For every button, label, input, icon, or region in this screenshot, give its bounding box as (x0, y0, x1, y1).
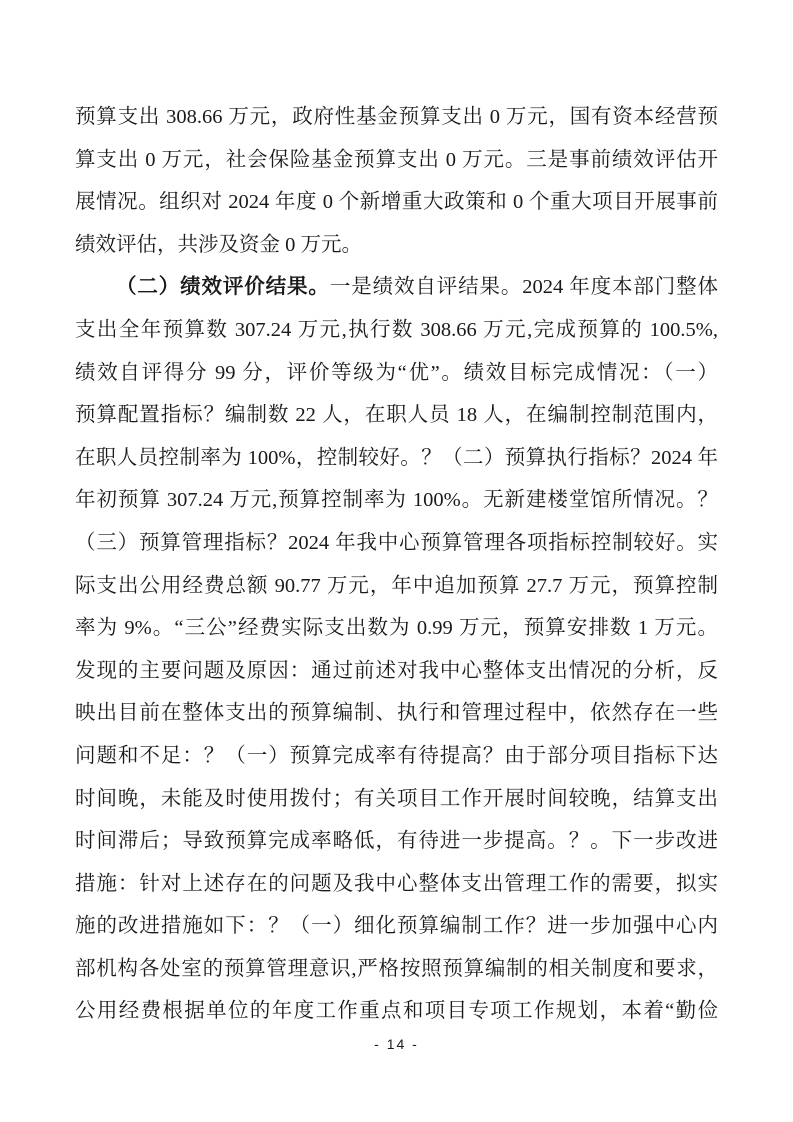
document-body: 预算支出 308.66 万元，政府性基金预算支出 0 万元，国有资本经营预 算支… (75, 96, 718, 1033)
text-line: 时间滞后；导致预算完成率略低，有待进一步提高。？。下一步改进 (75, 820, 718, 863)
text-line: 算支出 0 万元，社会保险基金预算支出 0 万元。三是事前绩效评估开 (75, 139, 718, 182)
text-line: 措施：针对上述存在的问题及我中心整体支出管理工作的需要，拟实 (75, 863, 718, 906)
document-page: 预算支出 308.66 万元，政府性基金预算支出 0 万元，国有资本经营预 算支… (0, 0, 793, 1122)
text-line: 预算配置指标？编制数 22 人，在职人员 18 人，在编制控制范围内， (75, 394, 718, 437)
text-line: 发现的主要问题及原因：通过前述对我中心整体支出情况的分析，反 (75, 650, 718, 693)
text-line: 在职人员控制率为 100%，控制较好。？（二）预算执行指标？2024 年 (75, 437, 718, 480)
text-line: 预算支出 308.66 万元，政府性基金预算支出 0 万元，国有资本经营预 (75, 96, 718, 139)
page-number: - 14 - (0, 1036, 793, 1052)
text-line: 支出全年预算数 307.24 万元,执行数 308.66 万元,完成预算的 10… (75, 309, 718, 352)
text-line: 年初预算 307.24 万元,预算控制率为 100%。无新建楼堂馆所情况。？ (75, 479, 718, 522)
text-line: 绩效自评得分 99 分，评价等级为“优”。绩效目标完成情况：（一） (75, 352, 718, 395)
text-line: 时间晚，未能及时使用拨付；有关项目工作开展时间较晚，结算支出 (75, 778, 718, 821)
text-line: 问题和不足：？（一）预算完成率有待提高？由于部分项目指标下达 (75, 735, 718, 778)
text-line-paragraph-end: 绩效评估，共涉及资金 0 万元。 (75, 224, 718, 267)
section-heading: （二）绩效评价结果。 (116, 276, 330, 298)
text-line: 映出目前在整体支出的预算编制、执行和管理过程中，依然存在一些 (75, 692, 718, 735)
text-line: 展情况。组织对 2024 年度 0 个新增重大政策和 0 个重大项目开展事前 (75, 181, 718, 224)
text-line: 部机构各处室的预算管理意识,严格按照预算编制的相关制度和要求， (75, 948, 718, 991)
text-line: 际支出公用经费总额 90.77 万元，年中追加预算 27.7 万元，预算控制 (75, 565, 718, 608)
text-line: 公用经费根据单位的年度工作重点和项目专项工作规划，本着“勤俭 (75, 990, 718, 1033)
text-line: 率为 9%。“三公”经费实际支出数为 0.99 万元，预算安排数 1 万元。 (75, 607, 718, 650)
text-line: 施的改进措施如下：？（一）细化预算编制工作？进一步加强中心内 (75, 905, 718, 948)
section-body-start: 一是绩效自评结果。2024 年度本部门整体 (330, 276, 718, 298)
text-line: （三）预算管理指标？2024 年我中心预算管理各项指标控制较好。实 (75, 522, 718, 565)
text-line-section-start: （二）绩效评价结果。一是绩效自评结果。2024 年度本部门整体 (75, 266, 718, 309)
